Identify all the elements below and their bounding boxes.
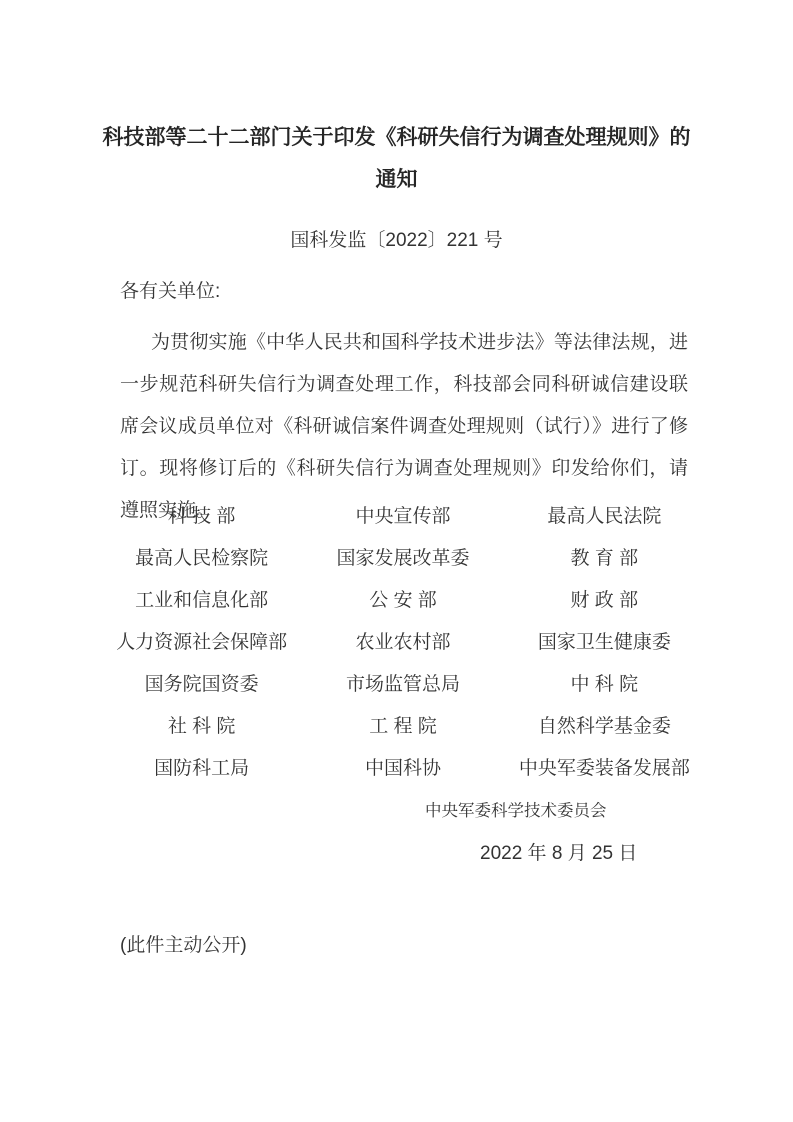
disclosure-note: (此件主动公开) bbox=[120, 925, 247, 967]
document-title-line1: 科技部等二十二部门关于印发《科研失信行为调查处理规则》的 bbox=[0, 117, 793, 159]
issuer-cell: 市场监管总局 bbox=[302, 664, 503, 706]
issuer-cell: 最高人民法院 bbox=[504, 496, 705, 538]
issuers-list: 科 技 部 中央宣传部 最高人民法院 最高人民检察院 国家发展改革委 教 育 部… bbox=[101, 496, 705, 790]
issuer-cell: 国防科工局 bbox=[101, 748, 302, 790]
document-date: 2022 年 8 月 25 日 bbox=[480, 833, 637, 875]
issuer-cell: 中国科协 bbox=[302, 748, 503, 790]
salutation: 各有关单位: bbox=[120, 271, 220, 313]
document-number: 国科发监〔2022〕221 号 bbox=[0, 220, 793, 262]
issuer-cell: 公 安 部 bbox=[302, 580, 503, 622]
issuer-cell: 国务院国资委 bbox=[101, 664, 302, 706]
issuer-cell: 教 育 部 bbox=[504, 538, 705, 580]
issuer-cell: 中 科 院 bbox=[504, 664, 705, 706]
issuer-cell: 科 技 部 bbox=[101, 496, 302, 538]
issuer-cell: 人力资源社会保障部 bbox=[101, 622, 302, 664]
issuer-cell: 中央宣传部 bbox=[302, 496, 503, 538]
issuer-cell: 国家卫生健康委 bbox=[504, 622, 705, 664]
issuer-cell: 最高人民检察院 bbox=[101, 538, 302, 580]
final-issuer: 中央军委科学技术委员会 bbox=[425, 790, 607, 832]
issuer-cell: 社 科 院 bbox=[101, 706, 302, 748]
document-title: 科技部等二十二部门关于印发《科研失信行为调查处理规则》的 通知 bbox=[0, 117, 793, 201]
issuer-cell: 自然科学基金委 bbox=[504, 706, 705, 748]
issuer-cell: 工 程 院 bbox=[302, 706, 503, 748]
issuer-cell: 农业农村部 bbox=[302, 622, 503, 664]
issuer-cell: 中央军委装备发展部 bbox=[504, 748, 705, 790]
document-page: 科技部等二十二部门关于印发《科研失信行为调查处理规则》的 通知 国科发监〔202… bbox=[0, 0, 793, 1122]
document-title-line2: 通知 bbox=[0, 159, 793, 201]
issuer-cell: 国家发展改革委 bbox=[302, 538, 503, 580]
issuer-cell: 工业和信息化部 bbox=[101, 580, 302, 622]
issuer-cell: 财 政 部 bbox=[504, 580, 705, 622]
